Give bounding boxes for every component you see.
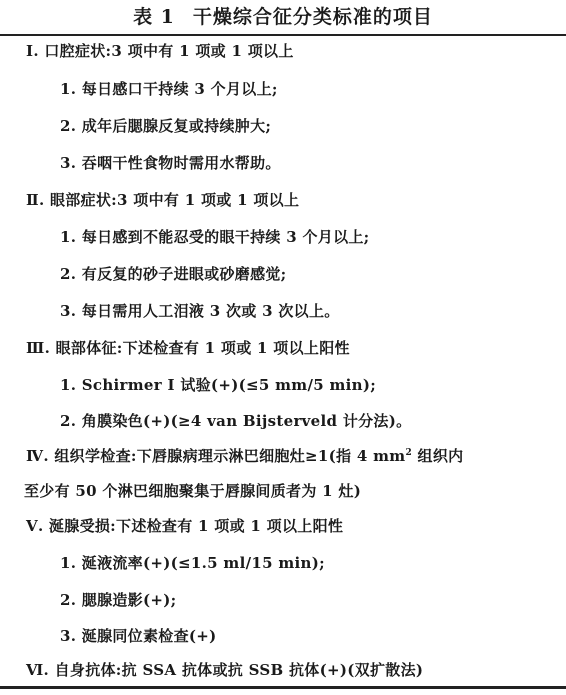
section-heading-2: Ⅱ. 眼部症状:3 项中有 1 项或 1 项以上 bbox=[26, 189, 299, 211]
bottom-rule bbox=[0, 686, 566, 689]
top-rule bbox=[0, 34, 566, 36]
section-heading-4: Ⅳ. 组织学检查:下唇腺病理示淋巴细胞灶≥1(指 4 mm2 组织内 bbox=[26, 445, 463, 467]
section-4-continuation: 至少有 50 个淋巴细胞聚集于唇腺间质者为 1 灶) bbox=[24, 480, 361, 502]
section-5-item-3: 3. 涎腺同位素检查(+) bbox=[60, 625, 217, 647]
section-4-heading-tail: 组织内 bbox=[412, 447, 463, 465]
section-4-heading-text: Ⅳ. 组织学检查:下唇腺病理示淋巴细胞灶≥1(指 4 mm bbox=[26, 447, 405, 465]
section-heading-5: Ⅴ. 涎腺受损:下述检查有 1 项或 1 项以上阳性 bbox=[26, 515, 343, 537]
section-1-item-3: 3. 吞咽干性食物时需用水帮助。 bbox=[60, 152, 281, 174]
table-caption: 干燥综合征分类标准的项目 bbox=[193, 6, 433, 28]
section-heading-1: Ⅰ. 口腔症状:3 项中有 1 项或 1 项以上 bbox=[26, 40, 294, 62]
section-2-item-2: 2. 有反复的砂子进眼或砂磨感觉; bbox=[60, 263, 287, 285]
section-2-item-1: 1. 每日感到不能忍受的眼干持续 3 个月以上; bbox=[60, 226, 370, 248]
section-5-item-2: 2. 腮腺造影(+); bbox=[60, 589, 176, 611]
section-1-item-1: 1. 每日感口干持续 3 个月以上; bbox=[60, 78, 278, 100]
section-3-item-1: 1. Schirmer Ⅰ 试验(+)(≤5 mm/5 min); bbox=[60, 374, 376, 396]
section-1-item-2: 2. 成年后腮腺反复或持续肿大; bbox=[60, 115, 271, 137]
section-heading-6: Ⅵ. 自身抗体:抗 SSA 抗体或抗 SSB 抗体(+)(双扩散法) bbox=[26, 659, 423, 681]
section-3-item-2: 2. 角膜染色(+)(≥4 van Bijsterveld 计分法)。 bbox=[60, 410, 411, 432]
table-number: 表 1 bbox=[133, 6, 175, 28]
section-5-item-1: 1. 涎液流率(+)(≤1.5 ml/15 min); bbox=[60, 552, 325, 574]
section-heading-3: Ⅲ. 眼部体征:下述检查有 1 项或 1 项以上阳性 bbox=[26, 337, 350, 359]
section-2-item-3: 3. 每日需用人工泪液 3 次或 3 次以上。 bbox=[60, 300, 340, 322]
table-title: 表 1干燥综合征分类标准的项目 bbox=[0, 4, 566, 30]
